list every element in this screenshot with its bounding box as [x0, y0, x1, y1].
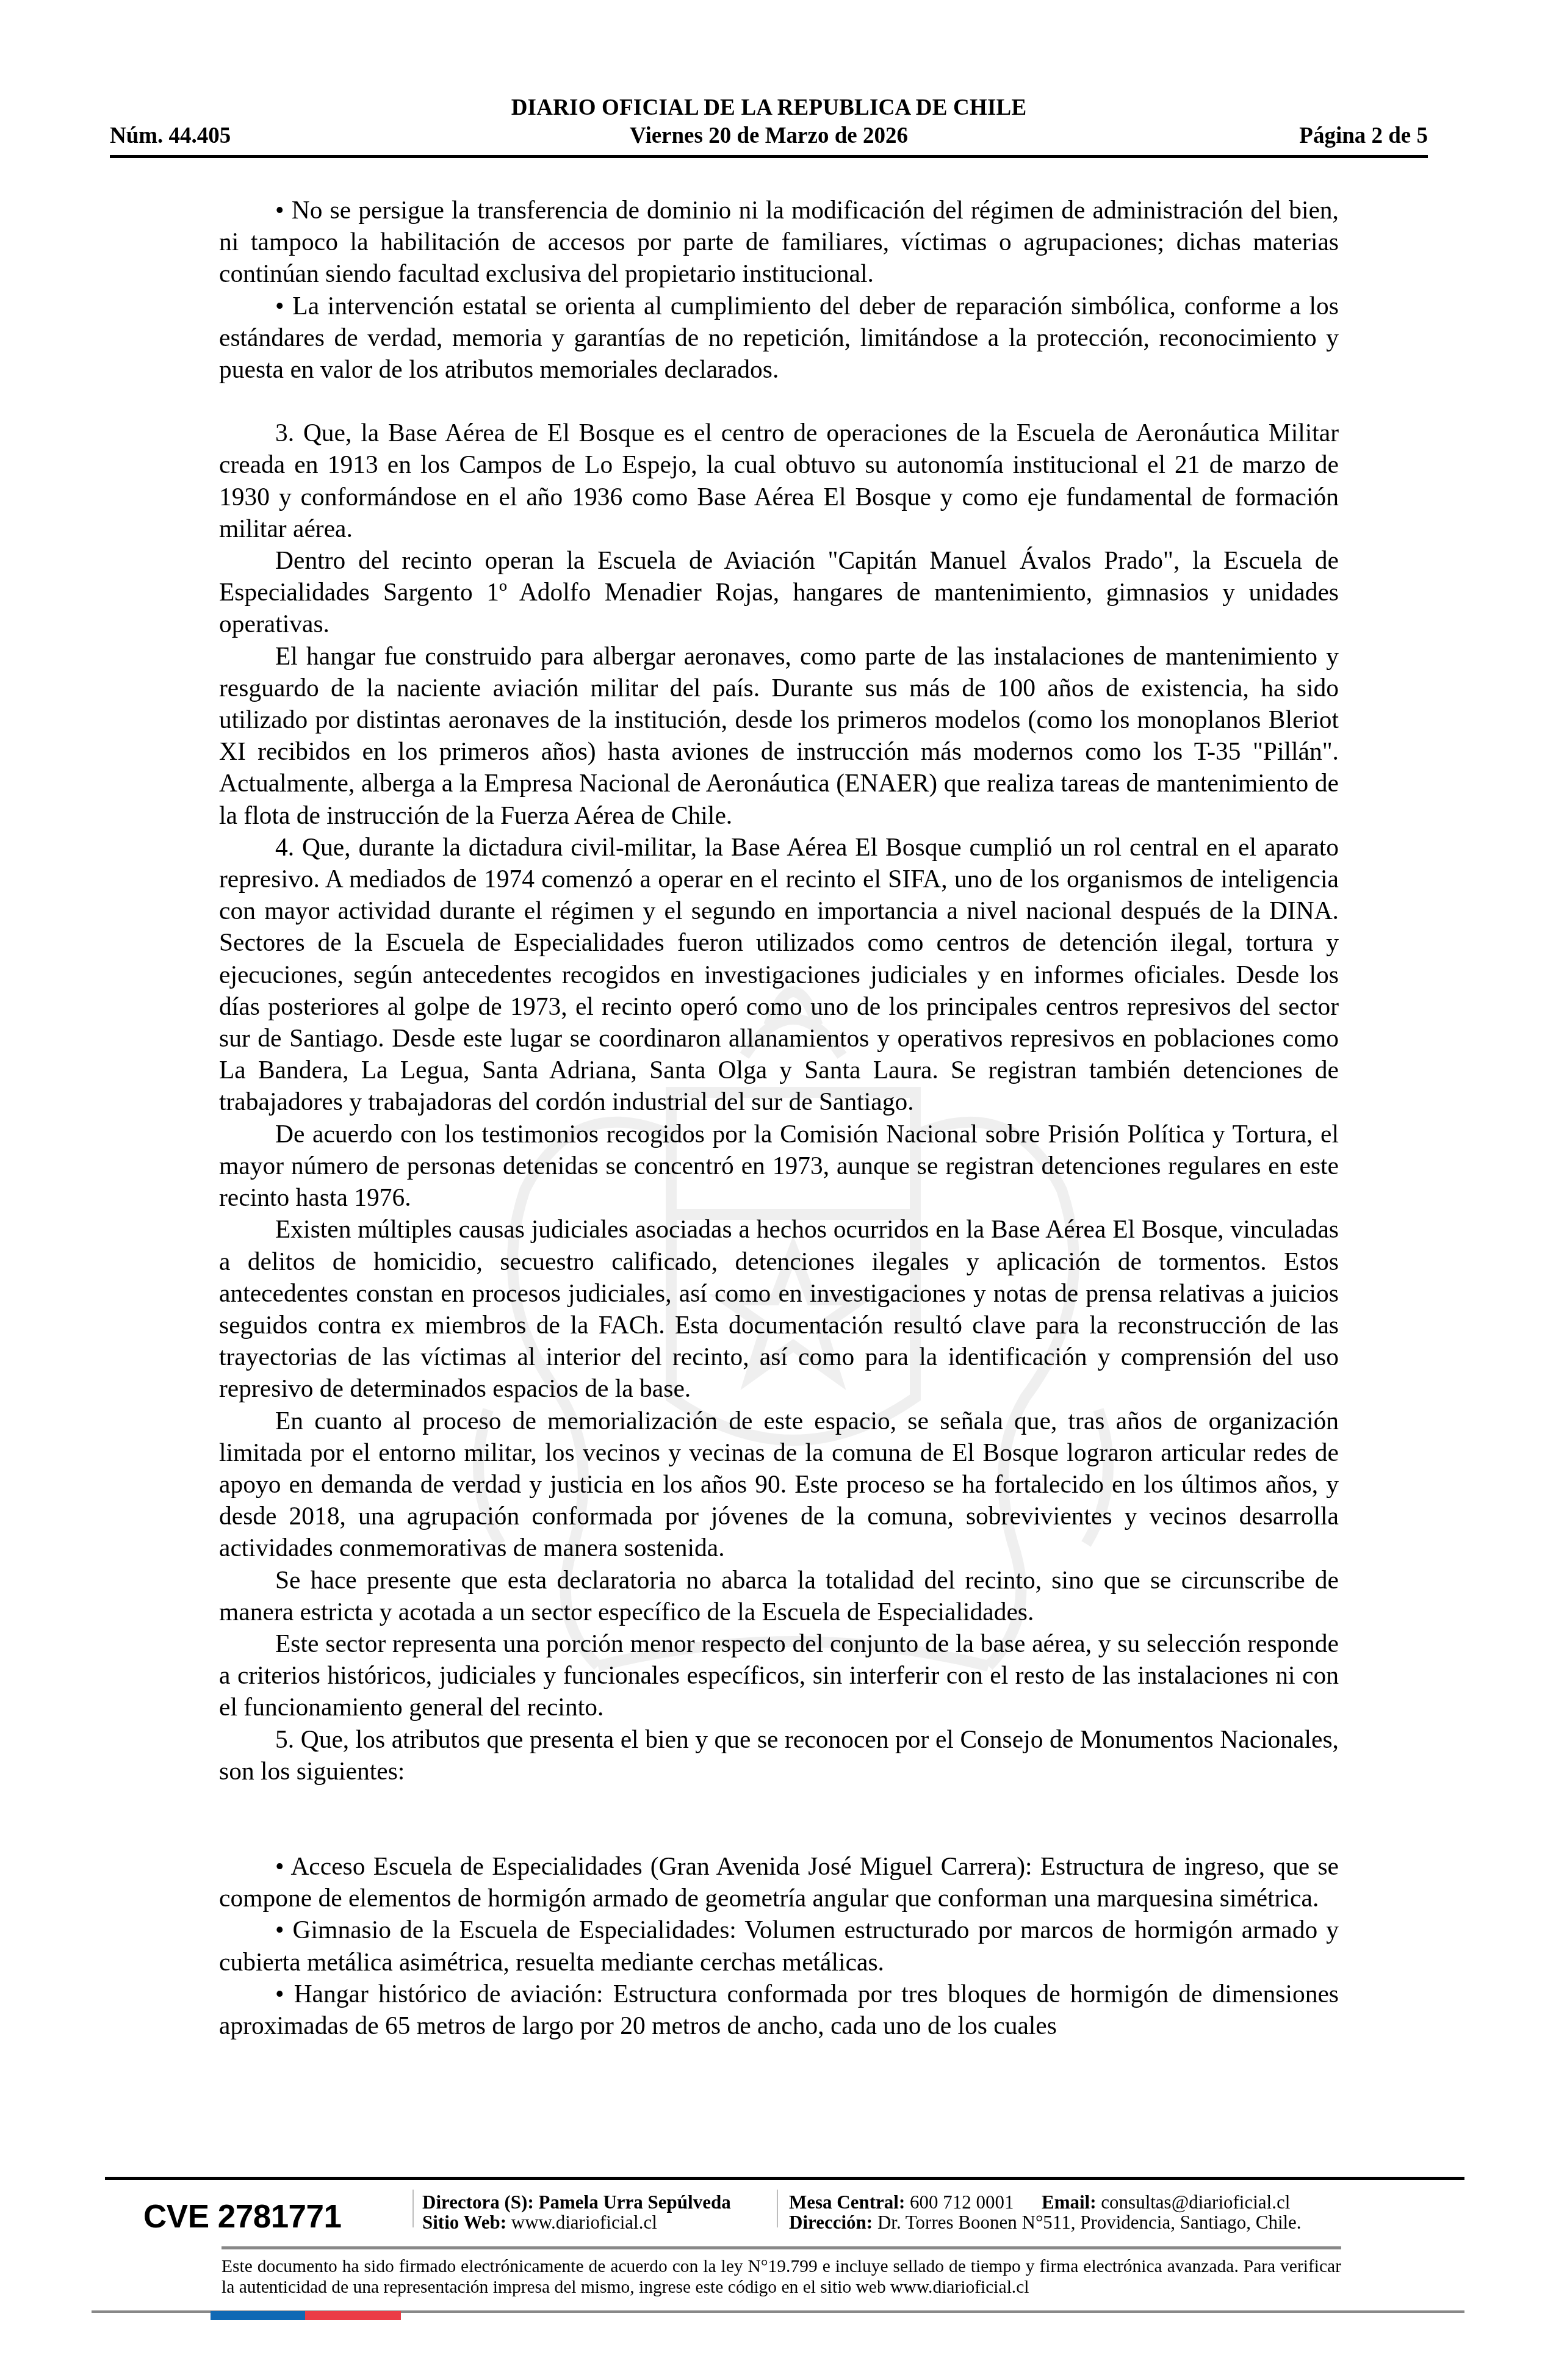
body-paragraph: Dentro del recinto operan la Escuela de …: [219, 544, 1339, 640]
address-label: Dirección:: [789, 2212, 873, 2233]
body-paragraph: Se hace presente que esta declaratoria n…: [219, 1564, 1339, 1628]
footer-divider-top: [105, 2177, 1464, 2180]
director-name: Pamela Urra Sepúlveda: [539, 2191, 731, 2213]
footer-contact-left: Directora (S): Pamela Urra Sepúlveda Sit…: [422, 2192, 731, 2232]
footer-separator: [412, 2190, 414, 2227]
address-line: Dirección: Dr. Torres Boonen N°511, Prov…: [789, 2212, 1302, 2232]
website-link[interactable]: www.diarioficial.cl: [511, 2212, 657, 2233]
page-header: DIARIO OFICIAL DE LA REPUBLICA DE CHILE …: [110, 95, 1428, 159]
publication-date: Viernes 20 de Marzo de 2026: [110, 123, 1428, 149]
address-value: Dr. Torres Boonen N°511, Providencia, Sa…: [877, 2212, 1302, 2233]
body-paragraph: De acuerdo con los testimonios recogidos…: [219, 1118, 1339, 1214]
numbered-paragraph-5: 5. Que, los atributos que presenta el bi…: [219, 1723, 1339, 1787]
director-line: Directora (S): Pamela Urra Sepúlveda: [422, 2192, 731, 2212]
director-label: Directora (S):: [422, 2191, 534, 2213]
phone-number: 600 712 0001: [910, 2191, 1014, 2213]
flag-red-segment: [305, 2311, 401, 2320]
attribute-bullet: • Hangar histórico de aviación: Estructu…: [219, 1978, 1339, 2041]
website-label: Sitio Web:: [422, 2212, 506, 2233]
attribute-bullet: • Gimnasio de la Escuela de Especialidad…: [219, 1914, 1339, 1977]
body-paragraph: El hangar fue construido para albergar a…: [219, 640, 1339, 831]
website-line: Sitio Web: www.diarioficial.cl: [422, 2212, 731, 2232]
attribute-bullet: • Acceso Escuela de Especialidades (Gran…: [219, 1850, 1339, 1914]
chile-flag-color-bar: [211, 2311, 401, 2320]
footer-divider-mid: [222, 2246, 1341, 2249]
page-indicator: Página 2 de 5: [1299, 123, 1428, 149]
cve-code: CVE 2781771: [143, 2198, 342, 2235]
electronic-signature-note: Este documento ha sido firmado electróni…: [222, 2256, 1341, 2298]
numbered-paragraph-4: 4. Que, durante la dictadura civil-milit…: [219, 831, 1339, 1118]
flag-blue-segment: [211, 2311, 305, 2320]
body-paragraph: Existen múltiples causas judiciales asoc…: [219, 1213, 1339, 1404]
publication-title: DIARIO OFICIAL DE LA REPUBLICA DE CHILE: [110, 95, 1428, 121]
phone-label: Mesa Central:: [789, 2191, 905, 2213]
numbered-paragraph-3: 3. Que, la Base Aérea de El Bosque es el…: [219, 417, 1339, 544]
footer-separator: [777, 2190, 778, 2227]
body-paragraph: Este sector representa una porción menor…: [219, 1628, 1339, 1723]
document-body: • No se persigue la transferencia de dom…: [219, 194, 1339, 2041]
header-divider: [110, 155, 1428, 158]
bullet-paragraph: • No se persigue la transferencia de dom…: [219, 194, 1339, 290]
page-footer: CVE 2781771 Directora (S): Pamela Urra S…: [0, 2190, 1556, 2238]
bullet-paragraph: • La intervención estatal se orienta al …: [219, 290, 1339, 386]
email-link[interactable]: consultas@diarioficial.cl: [1101, 2191, 1290, 2213]
document-page: DIARIO OFICIAL DE LA REPUBLICA DE CHILE …: [0, 0, 1556, 2380]
footer-contact-right: Mesa Central: 600 712 0001 Email: consul…: [789, 2192, 1302, 2232]
email-label: Email:: [1042, 2191, 1097, 2213]
body-paragraph: En cuanto al proceso de memorialización …: [219, 1405, 1339, 1564]
phone-email-line: Mesa Central: 600 712 0001 Email: consul…: [789, 2192, 1302, 2212]
